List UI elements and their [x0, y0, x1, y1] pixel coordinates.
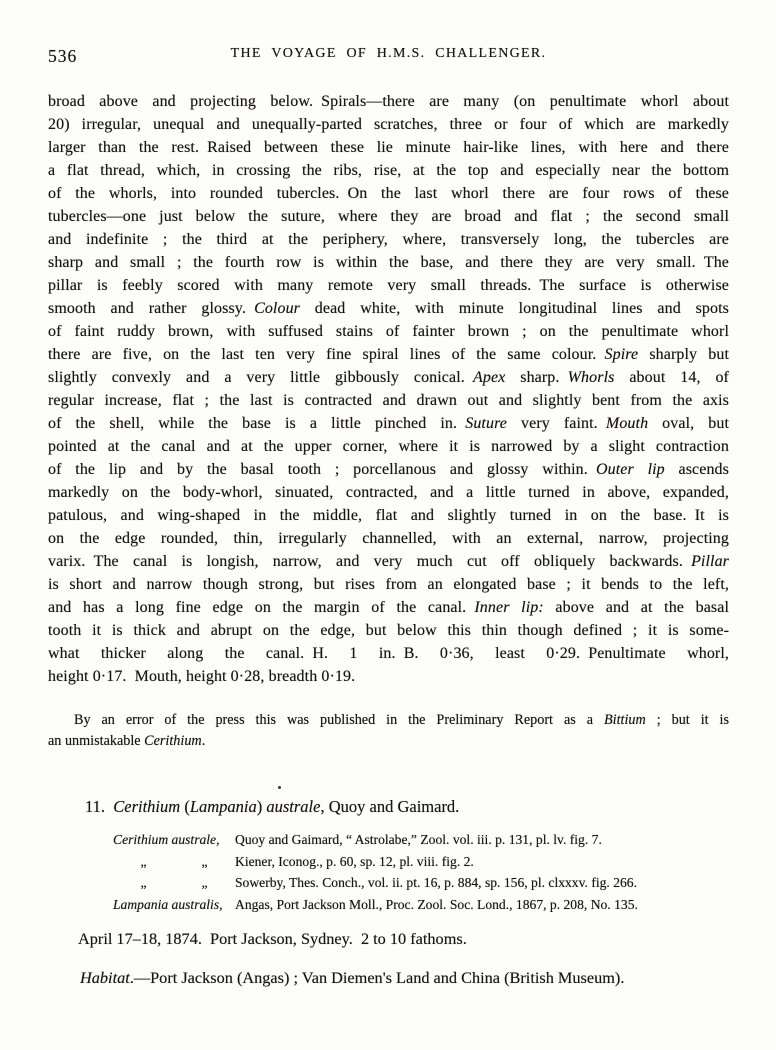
ditto-mark: „ — [174, 851, 235, 873]
italic-term: Inner lip: — [474, 599, 543, 616]
synonymy-list: Cerithium australe,Quoy and Gaimard, “ A… — [113, 829, 729, 915]
text-line: regular increase, flat ; the last is con… — [48, 389, 729, 412]
text-run: about 14, of — [614, 369, 729, 386]
text-line: „„Sowerby, Thes. Conch., vol. ii. pt. 16… — [113, 872, 729, 894]
text-run: pillar is feebly scored with many remote… — [48, 277, 729, 294]
text-run: larger than the rest. Raised between the… — [48, 139, 729, 156]
text-line: slightly convexly and a very little gibb… — [48, 366, 729, 389]
ditto-mark: „ — [113, 872, 174, 894]
text-run: of the whorls, into rounded tubercles. O… — [48, 185, 729, 202]
text-line: of the lip and by the basal tooth ; porc… — [48, 458, 729, 481]
text-run: Sowerby, Thes. Conch., vol. ii. pt. 16, … — [235, 875, 637, 890]
text-run: 11. — [85, 797, 113, 816]
text-run: sharp. — [505, 369, 567, 386]
text-run: Quoy and Gaimard, “ Astrolabe,” Zool. vo… — [235, 832, 602, 847]
text-line: 20) irregular, unequal and unequally-par… — [48, 113, 729, 136]
text-line: of faint ruddy brown, with suffused stai… — [48, 320, 729, 343]
text-line: patulous, and wing-shaped in the middle,… — [48, 504, 729, 527]
italic-term: Lampania australis, — [113, 894, 235, 916]
italic-term: Bittium — [604, 712, 646, 728]
italic-term: Spire — [605, 346, 639, 363]
text-run: regular increase, flat ; the last is con… — [48, 392, 729, 409]
text-run: , Quoy and Gaimard. — [320, 797, 459, 816]
text-line: tooth it is thick and abrupt on the edge… — [48, 619, 729, 642]
italic-term: Outer lip — [596, 461, 665, 478]
text-line: and has a long fine edge on the margin o… — [48, 596, 729, 619]
text-run: ) — [257, 797, 267, 816]
text-line: „„Kiener, Iconog., p. 60, sp. 12, pl. vi… — [113, 851, 729, 873]
text-line: a flat thread, which, in crossing the ri… — [48, 159, 729, 182]
ditto-mark: „ — [174, 872, 235, 894]
italic-term: Habitat — [80, 968, 130, 987]
text-run: pointed at the canal and at the upper co… — [48, 438, 729, 455]
italic-term: australe — [266, 797, 320, 816]
text-line: on the edge rounded, thin, irregularly c… — [48, 527, 729, 550]
text-run: oval, but — [648, 415, 729, 432]
italic-term: Cerithium australe, — [113, 829, 235, 851]
text-run: there are five, on the last ten very fin… — [48, 346, 605, 363]
text-run: broad above and projecting below. Spiral… — [48, 93, 729, 110]
text-line: smooth and rather glossy. Colour dead wh… — [48, 297, 729, 320]
species-heading: 11. Cerithium (Lampania) australe, Quoy … — [48, 796, 729, 818]
text-run: varix. The canal is longish, narrow, and… — [48, 553, 691, 570]
italic-term: Suture — [465, 415, 507, 432]
text-run: markedly on the body-whorl, sinuated, co… — [48, 484, 729, 501]
text-line: pillar is feebly scored with many remote… — [48, 274, 729, 297]
text-line: of the whorls, into rounded tubercles. O… — [48, 182, 729, 205]
text-line: markedly on the body-whorl, sinuated, co… — [48, 481, 729, 504]
running-head: 536 THE VOYAGE OF H.M.S. CHALLENGER. — [48, 46, 729, 63]
italic-term: Lampania — [190, 797, 257, 816]
text-run: ; but it is — [646, 712, 729, 728]
text-run: sharply but — [638, 346, 729, 363]
text-run: a flat thread, which, in crossing the ri… — [48, 162, 729, 179]
text-run: above and at the basal — [544, 599, 729, 616]
text-run: on the edge rounded, thin, irregularly c… — [48, 530, 729, 547]
text-run: is short and narrow though strong, but r… — [48, 576, 729, 593]
text-run: of the lip and by the basal tooth ; porc… — [48, 461, 596, 478]
text-run: Angas, Port Jackson Moll., Proc. Zool. S… — [235, 897, 638, 912]
text-run: . — [202, 733, 206, 749]
text-run: height 0·17. Mouth, height 0·28, breadth… — [48, 668, 355, 685]
text-run: smooth and rather glossy. — [48, 300, 254, 317]
species-description-paragraph: broad above and projecting below. Spiral… — [48, 90, 729, 688]
text-line: varix. The canal is longish, narrow, and… — [48, 550, 729, 573]
text-run: very faint. — [507, 415, 606, 432]
text-run: and has a long fine edge on the margin o… — [48, 599, 474, 616]
ditto-mark: „ — [113, 851, 174, 873]
text-run: slightly convexly and a very little gibb… — [48, 369, 473, 386]
text-run: what thicker along the canal. H. 1 in. B… — [48, 645, 729, 662]
text-line: larger than the rest. Raised between the… — [48, 136, 729, 159]
text-line: is short and narrow though strong, but r… — [48, 573, 729, 596]
text-run: an unmistakable — [48, 733, 144, 749]
text-run: of the shell, while the base is a little… — [48, 415, 465, 432]
text-line: broad above and projecting below. Spiral… — [48, 90, 729, 113]
editorial-note-paragraph: By an error of the press this was publis… — [48, 710, 729, 752]
text-line: what thicker along the canal. H. 1 in. B… — [48, 642, 729, 665]
italic-term: Whorls — [568, 369, 615, 386]
text-line: By an error of the press this was publis… — [48, 710, 729, 731]
text-run: .—Port Jackson (Angas) ; Van Diemen's La… — [130, 968, 625, 987]
text-run: dead white, with minute longitudinal lin… — [300, 300, 729, 317]
text-line: and indefinite ; the third at the periph… — [48, 228, 729, 251]
text-run: 20) irregular, unequal and unequally-par… — [48, 116, 729, 133]
italic-term: Apex — [473, 369, 505, 386]
station-date-locality-line: April 17–18, 1874. Port Jackson, Sydney.… — [48, 927, 729, 950]
text-run: tubercles—one just below the suture, whe… — [48, 208, 729, 225]
book-page: 536 THE VOYAGE OF H.M.S. CHALLENGER. bro… — [0, 0, 776, 1050]
text-line: tubercles—one just below the suture, whe… — [48, 205, 729, 228]
text-run: Kiener, Iconog., p. 60, sp. 12, pl. viii… — [235, 854, 474, 869]
text-line: Cerithium australe,Quoy and Gaimard, “ A… — [113, 829, 729, 851]
text-line: pointed at the canal and at the upper co… — [48, 435, 729, 458]
italic-term: Mouth — [606, 415, 648, 432]
text-run: By an error of the press this was publis… — [74, 712, 604, 728]
text-run: sharp and small ; the fourth row is with… — [48, 254, 729, 271]
habitat-line: Habitat.—Port Jackson (Angas) ; Van Diem… — [48, 966, 729, 989]
text-run: of faint ruddy brown, with suffused stai… — [48, 323, 729, 340]
text-run: ( — [180, 797, 190, 816]
text-run: patulous, and wing-shaped in the middle,… — [48, 507, 729, 524]
italic-term: Cerithium — [144, 733, 202, 749]
italic-term: Colour — [254, 300, 300, 317]
text-run: April 17–18, 1874. Port Jackson, Sydney.… — [78, 929, 467, 948]
text-run: tooth it is thick and abrupt on the edge… — [48, 622, 729, 639]
scan-speck — [278, 786, 281, 789]
italic-term: Pillar — [691, 553, 729, 570]
running-title: THE VOYAGE OF H.M.S. CHALLENGER. — [48, 46, 729, 62]
text-run: and indefinite ; the third at the periph… — [48, 231, 729, 248]
text-line: of the shell, while the base is a little… — [48, 412, 729, 435]
text-line: there are five, on the last ten very fin… — [48, 343, 729, 366]
text-line: height 0·17. Mouth, height 0·28, breadth… — [48, 665, 729, 688]
text-line: sharp and small ; the fourth row is with… — [48, 251, 729, 274]
text-line: Lampania australis,Angas, Port Jackson M… — [113, 894, 729, 916]
italic-term: Cerithium — [113, 797, 180, 816]
page-number: 536 — [48, 46, 77, 67]
text-line: an unmistakable Cerithium. — [48, 731, 729, 752]
text-run: ascends — [665, 461, 729, 478]
